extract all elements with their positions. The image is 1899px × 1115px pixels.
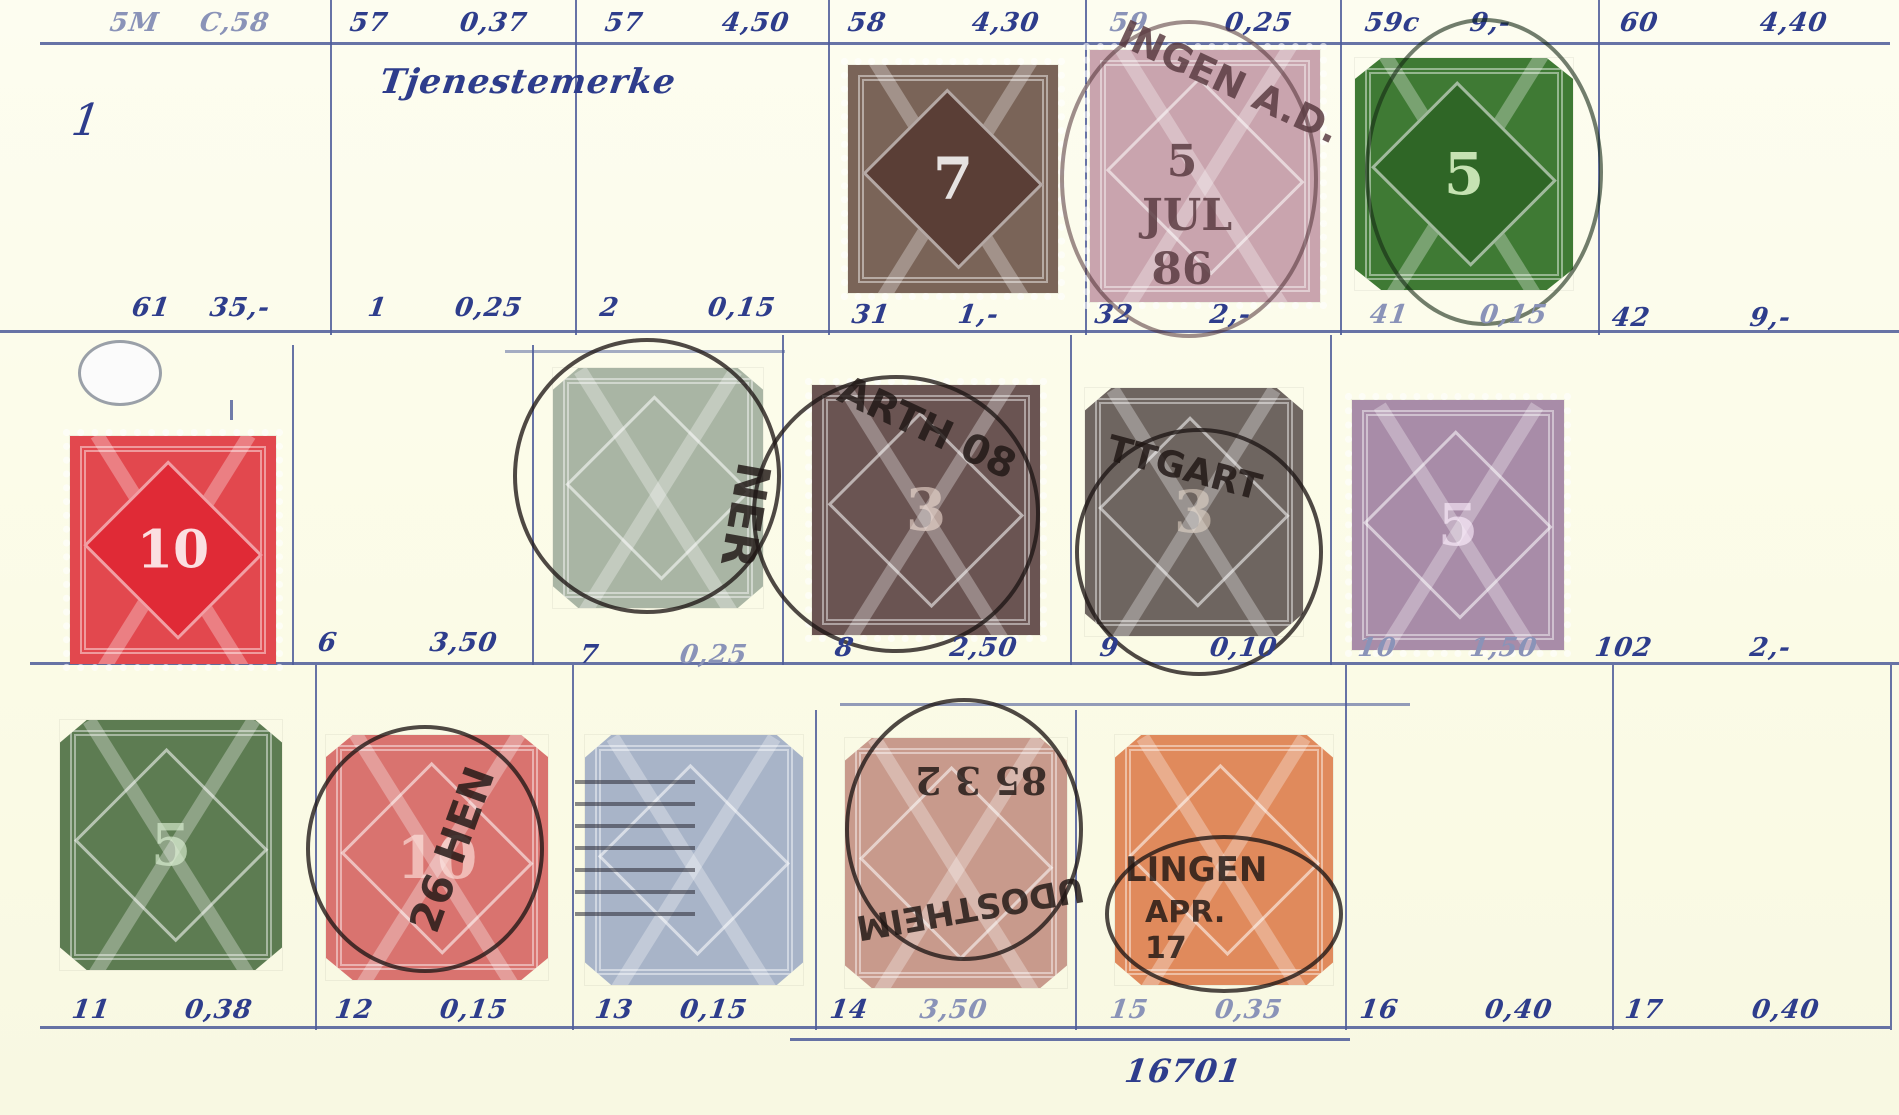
label-price: 2,- xyxy=(1748,633,1793,663)
ruling-r2-v4 xyxy=(1070,335,1072,665)
cancellation-town: LINGEN xyxy=(1125,850,1267,890)
label-number: 42 xyxy=(1610,303,1652,333)
header-price-0: C,58 xyxy=(198,8,272,38)
label-number: 31 xyxy=(850,300,892,330)
label-number: 41 xyxy=(1368,300,1410,330)
stamp-10-rose: 10 26 HEN xyxy=(326,735,548,980)
ruling-v5 xyxy=(1340,0,1342,335)
label-price: 0,35 xyxy=(1213,995,1285,1025)
label-number: 9 xyxy=(1098,633,1121,663)
label-number: 8 xyxy=(833,633,856,663)
label-price: 3,50 xyxy=(918,995,990,1025)
ruling-top xyxy=(40,42,1890,45)
label-number: 15 xyxy=(1108,995,1150,1025)
header-number-2: 57 xyxy=(603,8,645,38)
margin-mark: 1 xyxy=(68,95,104,146)
label-price: 1,50 xyxy=(1468,633,1540,663)
cancellation-bars xyxy=(575,780,695,920)
label-number: 12 xyxy=(333,995,375,1025)
stamp-25-orange: LINGEN APR. 17 xyxy=(1115,735,1333,985)
stamp-5-green: 5 xyxy=(1355,58,1573,290)
stamp-value: 5 xyxy=(1352,491,1564,559)
label-number: 14 xyxy=(828,995,870,1025)
label-number: 7 xyxy=(578,640,601,670)
header-price-2: 4,50 xyxy=(720,8,792,38)
stamp-3-sepia: 3 TTGART xyxy=(1085,388,1303,636)
label-price: 0,15 xyxy=(678,995,750,1025)
stamp-7-brown: 7 xyxy=(848,65,1058,293)
header-price-1: 0,37 xyxy=(458,8,530,38)
stamp-5-green-2: 5 xyxy=(60,720,282,970)
label-price: 0,38 xyxy=(183,995,255,1025)
label-price: 2,- xyxy=(1208,300,1253,330)
cancellation-date: 5 JUL 86 xyxy=(1142,135,1222,297)
stamp-3-brown: 3 ARTH 08 xyxy=(812,385,1040,635)
cancellation-date: 85 3 2 xyxy=(915,758,1047,803)
label-number: 17 xyxy=(1623,995,1665,1025)
label-number: 10 xyxy=(1356,633,1398,663)
label-number: 102 xyxy=(1593,633,1654,663)
tick-mark xyxy=(230,400,233,420)
ruling-r3-v3 xyxy=(815,710,817,1030)
footer-note: 16701 xyxy=(1122,1052,1244,1090)
cancellation-date: APR. 17 xyxy=(1145,895,1235,967)
header-price-3: 4,30 xyxy=(970,8,1042,38)
ruling-v1 xyxy=(330,0,332,335)
header-number-6: 60 xyxy=(1618,8,1660,38)
stamp-2-grey: NER xyxy=(553,368,763,608)
ruling-right-edge xyxy=(1890,665,1892,1030)
label-price: 3,50 xyxy=(428,628,500,658)
header-number-5: 59c xyxy=(1363,8,1422,38)
label-number: 32 xyxy=(1093,300,1135,330)
label-number: 11 xyxy=(70,995,112,1025)
ruling-row3-under xyxy=(790,1038,1350,1041)
ruling-v3 xyxy=(828,0,830,335)
label-number: 16 xyxy=(1358,995,1400,1025)
header-number-0: 5M xyxy=(108,8,161,38)
header-price-6: 4,40 xyxy=(1758,8,1830,38)
label-price: 0,40 xyxy=(1483,995,1555,1025)
label-price: 0,10 xyxy=(1208,633,1280,663)
ruling-r2-v5 xyxy=(1330,335,1332,665)
label-price: 0,15 xyxy=(438,995,510,1025)
label-number: 2 xyxy=(598,293,621,323)
label-price: 0,15 xyxy=(1478,300,1550,330)
label-number: 13 xyxy=(593,995,635,1025)
cancellation-mark xyxy=(1365,18,1603,326)
stamp-value: 5 xyxy=(60,811,282,879)
label-price: 9,- xyxy=(1748,303,1793,333)
header-number-3: 58 xyxy=(846,8,888,38)
stamp-20-blue xyxy=(585,735,803,985)
stamp-3-pinkbrown: 85 3 2 UDOSTHEIM xyxy=(845,738,1067,988)
header-note: Tjenestemerke xyxy=(377,62,678,102)
ruling-r2-v1 xyxy=(292,345,294,665)
stamp-5-lilac: INGEN A.D. 5 JUL 86 xyxy=(1090,50,1320,302)
stamp-10-red: 10 xyxy=(70,436,276,664)
label-price: 1,- xyxy=(956,300,1001,330)
label-number: 1 xyxy=(366,293,389,323)
stamp-value: 7 xyxy=(848,145,1058,213)
label-price: 0,25 xyxy=(678,640,750,670)
label-price: 0,15 xyxy=(706,293,778,323)
label-price: 35,- xyxy=(208,293,272,323)
label-price: 2,50 xyxy=(948,633,1020,663)
stamp-5-mauve: 5 xyxy=(1352,400,1564,650)
ruling-r3-v6 xyxy=(1612,665,1614,1030)
stamp-hinge xyxy=(78,340,162,406)
label-number: 61 xyxy=(130,293,172,323)
ruling-r3-v2 xyxy=(572,665,574,1030)
ruling-r3-v5 xyxy=(1345,665,1347,1030)
album-page: 5M C,58 57 0,37 57 4,50 58 4,30 59 0,25 … xyxy=(0,0,1899,1115)
ruling-v2 xyxy=(575,0,577,335)
label-number: 6 xyxy=(316,628,339,658)
label-price: 0,25 xyxy=(453,293,525,323)
header-number-1: 57 xyxy=(348,8,390,38)
label-price: 0,40 xyxy=(1750,995,1822,1025)
stamp-value: 10 xyxy=(70,520,276,581)
